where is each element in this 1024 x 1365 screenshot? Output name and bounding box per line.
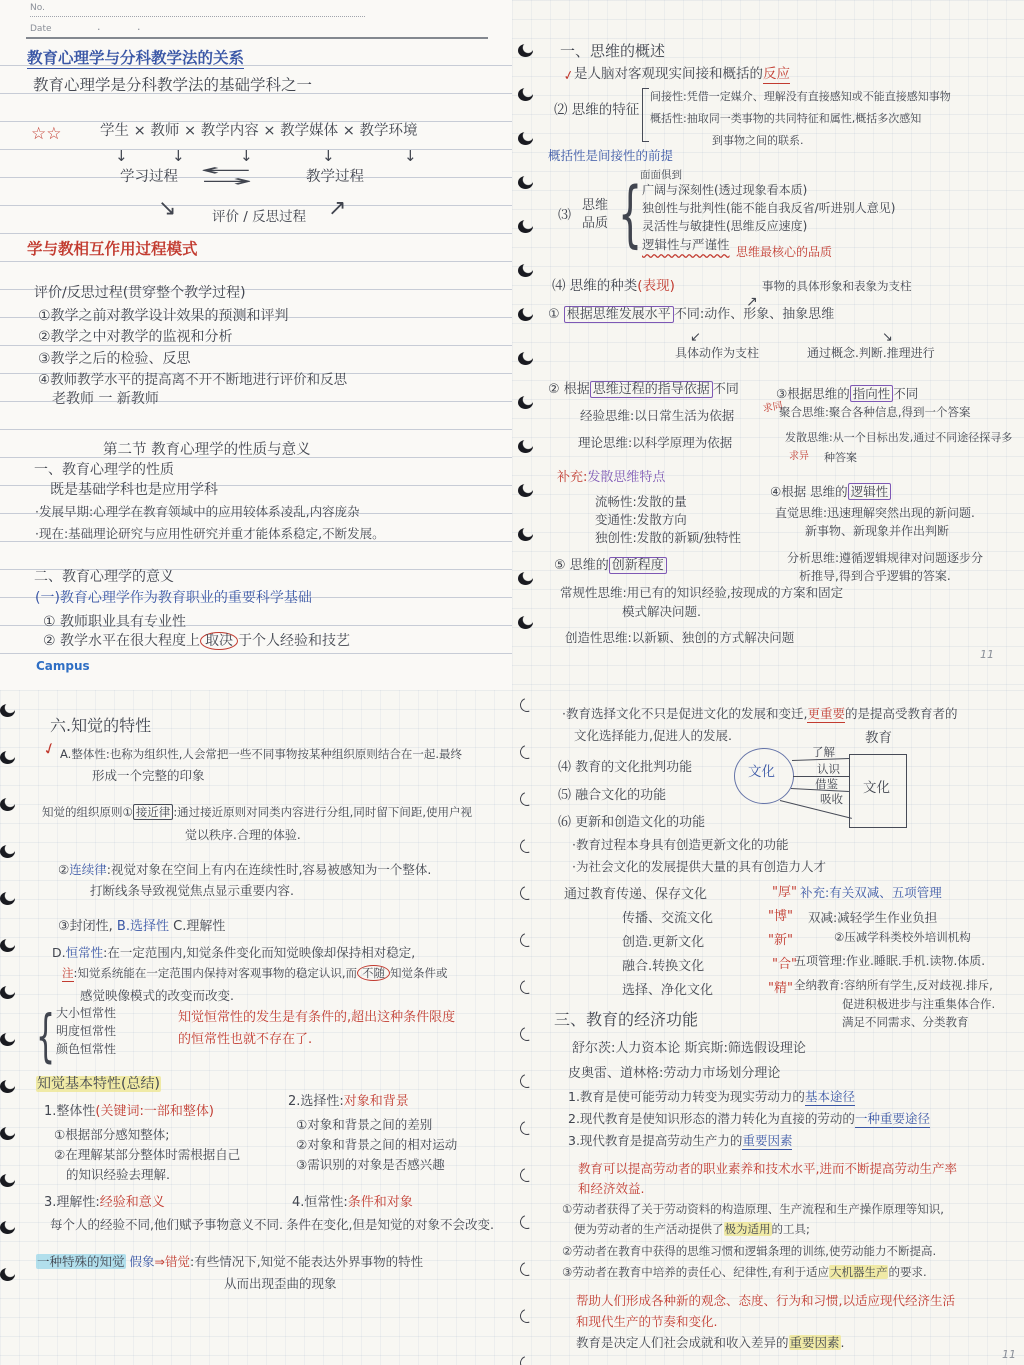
handwritten-text-segment: ⑹ 更新和创造文化的功能	[558, 815, 705, 830]
handwritten-text-segment: 创造.更新文化	[622, 935, 704, 950]
spiral-binding-hole	[518, 616, 533, 629]
handwritten-text-segment: 二、教育心理学的意义	[34, 569, 174, 585]
handwritten-line: 了解	[812, 746, 835, 760]
handwritten-text-segment: 错觉	[165, 1254, 190, 1269]
handwritten-text-segment: ·为社会文化的发展提供大量的具有创造力人才	[572, 859, 826, 874]
handwritten-text-segment: 的要求.	[888, 1265, 926, 1279]
handwritten-line: ·教育选择文化不只是促进文化的发展和变迁,更重要的是提高受教育者的	[562, 706, 957, 721]
handwritten-text-segment: 补充:有关双减、五项管理	[800, 885, 942, 900]
handwritten-line: 具体动作为支柱	[675, 346, 759, 360]
handwritten-line: 补充:发散思维特点	[557, 470, 665, 486]
handwritten-line: 条件在变化,但是知觉的对象不会改变.	[286, 1217, 494, 1232]
handwritten-line: 每个人的经验不同,他们赋予事物意义不同.	[50, 1217, 283, 1232]
handwritten-text-segment: 一、教育心理学的性质	[34, 462, 174, 478]
handwritten-line: 教学过程	[306, 169, 364, 186]
handwritten-text-segment: 发散思维特点	[587, 470, 665, 485]
handwritten-text-segment: :有些情况下,知觉不能表达外界事物的特性	[190, 1254, 423, 1269]
handwritten-text-segment: 皮奥雷、道林格:劳动力市场划分理论	[568, 1066, 780, 1081]
handwritten-line: 思维最核心的品质	[736, 245, 832, 259]
handwritten-text-segment: 分析思维:遵循逻辑规律对问题逐步分	[787, 551, 983, 565]
handwritten-text-segment: ·教育选择文化不只是促进文化的发展和变迁,	[562, 706, 807, 721]
handwritten-line: 直觉思维:迅速理解突然出现的新问题.	[775, 506, 975, 520]
handwritten-text-segment: 的工具;	[772, 1222, 810, 1236]
handwritten-line: 打断线条导致视觉焦点显示重要内容.	[90, 883, 294, 898]
handwritten-line: 注:知觉系统能在一定范围内保持对客观事物的稳定认识,而不随知觉条件或	[62, 967, 448, 981]
handwritten-text-segment: 吸收	[820, 792, 843, 806]
handwritten-line: 评价 / 反思过程	[212, 209, 306, 225]
handwritten-line: 一种特殊的知觉 假象⇒错觉:有些情况下,知觉不能表达外界事物的特性	[36, 1254, 423, 1269]
handwritten-line: Campus	[36, 659, 90, 673]
no-dotted-line	[30, 16, 365, 17]
handwritten-line: 创造性思维:以新颖、独创的方式解决问题	[565, 630, 794, 645]
notebook-page-top-right: 一、思维的概述✓是人脑对客观现实间接和概括的反应⑵ 思维的特征间接性:凭借一定媒…	[512, 0, 1024, 690]
handwritten-text-segment: ↗	[328, 196, 346, 221]
handwritten-text-segment: 逻辑性	[848, 483, 892, 500]
handwritten-line: 和经济效益.	[578, 1181, 644, 1196]
handwritten-text-segment: 评价/反思过程(贯穿整个教学过程)	[34, 285, 246, 301]
handwritten-text-segment: No.	[30, 3, 45, 13]
handwritten-line: ③根据思维的指向性不同	[776, 386, 918, 401]
handwritten-line: (一)教育心理学作为教育职业的重要科学基础	[35, 590, 312, 607]
handwritten-line: "新"	[768, 933, 793, 949]
handwritten-text-segment: 通过教育传递、保存文化	[564, 887, 707, 902]
handwritten-text-segment: (表现)	[637, 278, 675, 294]
handwritten-text-segment: 析推导,得到合乎逻辑的答案.	[799, 569, 951, 583]
handwritten-line: ①劳动者获得了关于劳动资料的构造原理、生产流程和生产操作原理等知识,	[562, 1203, 944, 1217]
handwritten-text-segment: 3.现代教育是提高劳动生产力的	[568, 1133, 742, 1148]
handwritten-text-segment: ↘	[882, 330, 893, 345]
handwritten-line: 经验思维:以日常生活为依据	[580, 408, 734, 423]
handwritten-line: 概括性是间接性的前提	[548, 148, 673, 163]
handwritten-text-segment: ⑶	[558, 208, 571, 223]
handwritten-text-segment: :通过接近原则对同类内容进行分组,同时留下间距,使用户视	[173, 805, 472, 819]
handwritten-line: 通过教育传递、保存文化	[564, 887, 707, 903]
handwritten-text-segment: ☆☆	[31, 124, 61, 144]
handwritten-line: →	[200, 172, 253, 190]
handwritten-text-segment: 文化	[863, 780, 890, 796]
handwritten-text-segment: ②在理解某部分整体时需根据自己	[54, 1147, 240, 1162]
spiral-binding-hole	[0, 1127, 15, 1140]
spiral-binding-hole	[518, 220, 533, 233]
handwritten-line: 知觉基本特性(总结)	[36, 1076, 161, 1093]
notebook-page-bottom-right: ·教育选择文化不只是促进文化的发展和变迁,更重要的是提高受教育者的文化选择能力,…	[512, 690, 1024, 1365]
handwritten-line: 2.现代教育是使知识形态的潜力转化为直接的劳动的一种重要途径	[568, 1111, 930, 1126]
handwritten-line: ②连续律:视觉对象在空间上有内在连续性时,容易被感知为一个整体.	[58, 862, 431, 877]
handwritten-text-segment: 知觉条件或	[390, 966, 448, 980]
handwritten-text-segment: 间接性:凭借一定媒介、理解没有直接感知或不能直接感知事物	[650, 90, 951, 103]
handwritten-line: 融合.转换文化	[622, 959, 704, 975]
handwritten-text-segment: 选择、净化文化	[622, 983, 713, 998]
handwritten-text-segment: 经验和意义	[100, 1195, 165, 1210]
handwritten-line: 教育	[865, 730, 892, 746]
handwritten-text-segment: 学与教相互作用过程模式	[27, 240, 198, 258]
handwritten-text-segment: 连续律	[69, 862, 107, 877]
handwritten-line: ⑷ 教育的文化批判功能	[558, 760, 692, 776]
handwritten-text-segment: ②压减学科类校外培训机构	[834, 930, 971, 944]
handwritten-text-segment: 到事物之间的联系.	[712, 134, 804, 147]
handwritten-text-segment: 明度恒常性	[56, 1024, 116, 1038]
handwritten-line: 3.现代教育是提高劳动生产力的重要因素	[568, 1133, 792, 1148]
handwritten-line: 析推导,得到合乎逻辑的答案.	[799, 569, 951, 583]
handwritten-text-segment: 的知识经验去理解.	[66, 1167, 170, 1182]
notes-scan-canvas: No.Date··教育心理学与分科教学法的关系教育心理学是分科教学法的基础学科之…	[0, 0, 1024, 1365]
handwritten-line: ①教学之前对教学设计效果的预测和评判	[38, 308, 289, 325]
handwritten-line: 11	[1002, 1348, 1016, 1361]
handwritten-text-segment: 品质	[582, 216, 608, 231]
handwritten-text-segment: 和现代生产的节奏和变化.	[576, 1314, 717, 1329]
handwritten-text-segment: 11	[980, 648, 994, 661]
handwritten-text-segment: 条件和对象	[348, 1195, 413, 1210]
handwritten-text-segment: ·教育过程本身具有创造更新文化的功能	[572, 837, 788, 852]
handwritten-text-segment: ③劳动者在教育中培养的责任心、纪律性,有利于适应	[562, 1265, 829, 1279]
handwritten-text-segment: ↓	[404, 147, 417, 165]
handwritten-text-segment: 帮助人们形成各种新的观念、态度、行为和习惯,以适应现代经济生活	[576, 1293, 955, 1308]
handwritten-text-segment: ② 根据	[548, 382, 590, 397]
handwritten-text-segment: ①教学之前对教学设计效果的预测和评判	[38, 308, 289, 324]
handwritten-line: 11	[980, 648, 994, 661]
handwritten-line: 聚合思维:聚合各种信息,得到一个答案	[779, 406, 971, 420]
handwritten-line: ·教育过程本身具有创造更新文化的功能	[572, 837, 788, 852]
handwritten-line: 逻辑性与严谨性	[642, 237, 730, 252]
handwritten-text-segment: 教育是决定人们社会成就和收入差异的	[576, 1335, 789, 1350]
handwritten-line: ↓	[404, 147, 417, 165]
handwritten-text-segment: 具体动作为支柱	[675, 346, 759, 360]
handwritten-line: 第二节 教育心理学的性质与意义	[103, 442, 311, 459]
handwritten-text-segment: 补充:	[557, 470, 587, 485]
handwritten-text-segment: ①劳动者获得了关于劳动资料的构造原理、生产流程和生产操作原理等知识,	[562, 1202, 944, 1216]
handwritten-line: 既是基础学科也是应用学科	[50, 482, 218, 499]
spiral-binding-hole	[518, 352, 533, 365]
handwritten-line: 种答案	[824, 451, 857, 464]
handwritten-line: 的恒常性也就不存在了.	[178, 1032, 312, 1048]
handwritten-line: ·现在:基础理论研究与应用性研究并重才能体系稳定,不断发展。	[35, 526, 385, 541]
spiral-binding-hole	[0, 1221, 15, 1234]
handwritten-text-segment: 事物的具体形象和表象为支柱	[762, 279, 912, 293]
handwritten-text-segment: .	[841, 1335, 845, 1350]
handwritten-text-segment: 思维过程的指导依据	[590, 381, 713, 398]
handwritten-line: ⑵ 思维的特征	[554, 102, 639, 118]
handwritten-line: ② 根据思维过程的指导依据不同	[548, 382, 739, 398]
handwritten-line: ③需识别的对象是否感兴趣	[296, 1157, 445, 1172]
handwritten-line: 双减:减轻学生作业负担	[808, 910, 937, 925]
handwritten-text-segment: 思维最核心的品质	[736, 245, 832, 259]
handwritten-line: ②在理解某部分整体时需根据自己	[54, 1147, 240, 1162]
handwritten-text-segment: 思维	[582, 198, 608, 213]
handwritten-text-segment: ②对象和背景之间的相对运动	[296, 1137, 457, 1152]
handwritten-text-segment: ·现在:基础理论研究与应用性研究并重才能体系稳定,不断发展。	[35, 526, 385, 541]
handwritten-text-segment: 求异	[789, 451, 809, 462]
handwritten-text-segment: {	[36, 1004, 55, 1071]
handwritten-line: 教育可以提高劳动者的职业素养和技术水平,进而不断提高劳动生产率	[578, 1161, 957, 1176]
handwritten-line: 知觉恒常性的发生是有条件的,超出这种条件限度	[178, 1010, 455, 1026]
handwritten-text-segment: 面面俱到	[640, 169, 682, 181]
handwritten-line: 皮奥雷、道林格:劳动力市场划分理论	[568, 1066, 780, 1082]
handwritten-line: 求异	[789, 451, 809, 463]
handwritten-text-segment: 通过概念.判断.推理进行	[807, 346, 935, 360]
handwritten-text-segment: 取决	[200, 632, 238, 650]
spiral-binding-hole	[0, 1268, 15, 1281]
handwritten-text-segment: 指向性	[850, 385, 894, 402]
handwritten-line: 间接性:凭借一定媒介、理解没有直接感知或不能直接感知事物	[650, 90, 951, 103]
handwritten-text-segment: 于个人经验和技艺	[238, 633, 350, 649]
handwritten-text-segment: ↓	[322, 147, 335, 165]
handwritten-text-segment: ②教学之中对教学的监视和分析	[38, 329, 233, 345]
spiral-binding-hole	[518, 440, 533, 453]
handwritten-text-segment: 新事物、新现象并作出判断	[805, 524, 949, 538]
handwritten-line: ①根据部分感知整体;	[54, 1127, 169, 1142]
handwritten-text-segment: 恒常性	[66, 945, 104, 960]
spiral-binding-hole	[518, 176, 533, 189]
handwritten-line: 灵活性与敏捷性(思维反应速度)	[642, 219, 807, 233]
handwritten-line: ② 教学水平在很大程度上取决于个人经验和技艺	[43, 633, 350, 650]
handwritten-line: 形成一个完整的印象	[92, 768, 205, 783]
handwritten-text-segment: 第二节 教育心理学的性质与意义	[103, 442, 311, 458]
handwritten-text-segment: ③教学之后的检验、反思	[38, 351, 191, 367]
handwritten-text-segment: 知觉的组织原则①	[42, 805, 133, 819]
handwritten-text-segment: 便为劳动者的生产活动提供了	[574, 1222, 724, 1236]
spiral-binding-hole	[518, 484, 533, 497]
handwritten-text-segment: Date	[30, 24, 52, 34]
handwritten-line: 大小恒常性	[56, 1006, 116, 1020]
handwritten-line: 三、教育的经济功能	[554, 1010, 698, 1029]
handwritten-text-segment: 文化	[748, 764, 775, 780]
handwritten-text-segment: 流畅性:发散的量	[595, 494, 687, 509]
handwritten-line: 明度恒常性	[56, 1024, 116, 1038]
handwritten-line: {	[36, 1004, 55, 1072]
spiral-binding-hole	[518, 264, 533, 277]
handwritten-text-segment: 注	[62, 966, 74, 982]
handwritten-text-segment: 教育心理学与分科教学法的关系	[27, 49, 244, 69]
handwritten-line: 概括性:抽取同一类事物的共同特征和属性,概括多次感知	[650, 112, 921, 125]
handwritten-text-segment: 重要因素	[742, 1133, 792, 1150]
handwritten-text-segment: (关键词:一部和整体)	[95, 1104, 214, 1119]
handwritten-text-segment: 模式解决问题.	[622, 604, 701, 619]
handwritten-line: 通过概念.判断.推理进行	[807, 346, 935, 360]
handwritten-text-segment: ⑤ 思维的	[554, 558, 609, 573]
handwritten-text-segment: 假象	[126, 1254, 155, 1269]
handwritten-text-segment: →	[200, 172, 253, 190]
handwritten-line: 面面俱到	[640, 169, 682, 182]
handwritten-text-segment: 聚合思维:聚合各种信息,得到一个答案	[779, 405, 971, 419]
spiral-binding-hole	[518, 132, 533, 145]
handwritten-text-segment: 教育	[865, 730, 892, 746]
handwritten-text-segment: 重要因素	[789, 1335, 841, 1350]
handwritten-line: ③劳动者在教育中培养的责任心、纪律性,有利于适应大机器生产的要求.	[562, 1266, 927, 1280]
handwritten-text-segment: "厚"	[772, 885, 797, 900]
handwritten-line: 文化	[748, 764, 775, 780]
spiral-binding-hole	[0, 892, 15, 905]
handwritten-line: ⑤ 思维的创新程度	[554, 558, 667, 574]
handwritten-line: 思维	[582, 198, 608, 214]
handwritten-text-segment: 基本途径	[805, 1089, 855, 1106]
handwritten-text-segment: 不随	[357, 965, 390, 981]
handwritten-text-segment: :视觉对象在空间上有内在连续性时,容易被感知为一个整体.	[107, 862, 432, 877]
handwritten-line: 促进积极进步与注重集体合作.	[842, 998, 995, 1012]
handwritten-text-segment: "精"	[768, 981, 793, 996]
handwritten-text-segment: 学习过程	[120, 169, 178, 185]
handwritten-line: 的知识经验去理解.	[66, 1167, 170, 1182]
handwritten-line: ☆☆	[31, 124, 61, 144]
handwritten-line: 从而出现歪曲的现象	[224, 1276, 337, 1291]
handwritten-line: 舒尔茨:人力资本论 斯宾斯:筛选假设理论	[572, 1041, 806, 1057]
handwritten-line: 认识	[817, 763, 840, 777]
handwritten-line: 吸收	[820, 793, 843, 807]
handwritten-line: 3.理解性:经验和意义	[44, 1195, 165, 1211]
handwritten-text-segment: 既是基础学科也是应用学科	[50, 482, 218, 498]
handwritten-line: 文化选择能力,促进人的发展.	[574, 728, 732, 743]
handwritten-text-segment: 促进积极进步与注重集体合作.	[842, 997, 995, 1011]
handwritten-text-segment: 种答案	[824, 451, 857, 464]
handwritten-text-segment: 更重要	[807, 706, 845, 723]
handwritten-text-segment: 对象和背景	[344, 1094, 409, 1109]
handwritten-text-segment: 五项管理:作业.睡眠.手机.读物.体质.	[794, 954, 985, 968]
handwritten-line: 选择、净化文化	[622, 983, 713, 999]
handwritten-line: 到事物之间的联系.	[712, 134, 804, 147]
handwritten-text-segment: 常规性思维:用已有的知识经验,按现成的方案和固定	[560, 585, 843, 600]
handwritten-line: 满足不同需求、分类教育	[842, 1016, 969, 1030]
handwritten-text-segment: 3.理解性:	[44, 1195, 100, 1210]
handwritten-text-segment: 是人脑对客观现实间接和概括的	[574, 66, 763, 82]
handwritten-text-segment: 认识	[817, 762, 840, 776]
spiral-binding-hole	[518, 396, 533, 409]
handwritten-line: 2.选择性:对象和背景	[288, 1094, 409, 1110]
handwritten-line: ⑷ 思维的种类(表现)	[552, 278, 675, 294]
handwritten-line: 评价/反思过程(贯穿整个教学过程)	[34, 285, 246, 302]
handwritten-text-segment: 教育心理学是分科教学法的基础学科之一	[33, 76, 312, 94]
handwritten-text-segment: 不同	[713, 382, 739, 397]
handwritten-text-segment: 4.恒常性:	[292, 1195, 348, 1210]
handwritten-line: ① 根据思维发展水平不同:动作、形象、抽象思维	[548, 307, 834, 323]
handwritten-text-segment: 直觉思维:迅速理解突然出现的新问题.	[775, 506, 975, 520]
handwritten-text-segment: 借鉴	[815, 777, 838, 791]
handwritten-text-segment: 条件在变化,但是知觉的对象不会改变.	[286, 1217, 494, 1232]
handwritten-line: D.恒常性:在一定范围内,知觉条件变化而知觉映像却保持相对稳定,	[52, 945, 415, 960]
handwritten-line: 常规性思维:用已有的知识经验,按现成的方案和固定	[560, 585, 843, 600]
handwritten-text-segment: D.	[52, 945, 66, 960]
handwritten-text-segment: "新"	[768, 933, 793, 948]
handwritten-text-segment: 一、思维的概述	[560, 42, 665, 60]
handwritten-text-segment: 创新程度	[609, 557, 667, 574]
handwritten-line: 新事物、新现象并作出判断	[805, 524, 949, 538]
handwritten-line: ②对象和背景之间的相对运动	[296, 1137, 457, 1152]
handwritten-text-segment: 文化选择能力,促进人的发展.	[574, 728, 732, 743]
handwritten-line: 是人脑对客观现实间接和概括的反应	[574, 66, 790, 82]
handwritten-text-segment: ⑸ 融合文化的功能	[558, 788, 666, 803]
handwritten-line: ↓	[172, 147, 185, 165]
spiral-binding-hole	[0, 1174, 15, 1187]
handwritten-line: 便为劳动者的生产活动提供了极为适用的工具;	[574, 1223, 810, 1237]
handwritten-line: ① 教师职业具有专业性	[43, 614, 186, 631]
handwritten-text-segment: 经验思维:以日常生活为依据	[580, 408, 734, 423]
spiral-binding-hole	[0, 845, 15, 858]
handwritten-text-segment: ·	[97, 23, 101, 36]
handwritten-line: 文化	[863, 780, 890, 796]
handwritten-line: 独创性与批判性(能不能自我反省/听进别人意见)	[642, 201, 895, 215]
handwritten-line: "厚"	[772, 885, 797, 901]
spiral-binding-hole	[0, 986, 15, 999]
handwritten-line: ·	[97, 23, 101, 36]
handwritten-text-segment: 接近律	[133, 804, 174, 820]
handwritten-line: 流畅性:发散的量	[595, 494, 687, 509]
spiral-binding-hole	[0, 1080, 15, 1093]
handwritten-text-segment: 1.整体性	[44, 1104, 95, 1119]
handwritten-line: 帮助人们形成各种新的观念、态度、行为和习惯,以适应现代经济生活	[576, 1293, 955, 1308]
handwritten-text-segment: 理论思维:以科学原理为依据	[578, 435, 732, 450]
handwritten-text-segment: 学生 × 教师 × 教学内容 × 教学媒体 × 教学环境	[100, 123, 417, 139]
handwritten-line: 补充:有关双减、五项管理	[800, 885, 942, 900]
handwritten-line: 知觉的组织原则①接近律:通过接近原则对同类内容进行分组,同时留下间距,使用户视	[42, 806, 472, 820]
handwritten-text-segment: 2.现代教育是使知识形态的潜力转化为直接的劳动的	[568, 1111, 855, 1126]
handwritten-text-segment: :在一定范围内,知觉条件变化而知觉映像却保持相对稳定,	[103, 945, 415, 960]
handwritten-text-segment: ⇒	[155, 1254, 165, 1269]
handwritten-line: 1.教育是使可能劳动力转变为现实劳动力的基本途径	[568, 1089, 855, 1104]
handwritten-text-segment: 独创性:发散的新颖/独特性	[595, 530, 741, 545]
handwritten-line: 发散思维:从一个目标出发,通过不同途径探寻多	[785, 431, 1012, 444]
handwritten-text-segment: ↘	[158, 196, 176, 221]
handwritten-text-segment: ③封闭性,	[58, 919, 117, 934]
spiral-binding-hole	[518, 528, 533, 541]
handwritten-text-segment: 不同	[893, 386, 918, 401]
handwritten-text-segment: C.理解性	[169, 919, 225, 934]
handwritten-text-segment: ·	[137, 23, 141, 36]
handwritten-text-segment: 满足不同需求、分类教育	[842, 1015, 969, 1029]
handwritten-text-segment: 灵活性与敏捷性(思维反应速度)	[642, 219, 807, 233]
handwritten-text-segment: 颜色恒常性	[56, 1042, 116, 1056]
spiral-binding-hole	[518, 44, 533, 57]
handwritten-text-segment: ↙	[690, 330, 701, 345]
handwritten-text-segment: 传播、交流文化	[622, 911, 713, 926]
handwritten-text-segment: 评价 / 反思过程	[212, 209, 306, 225]
handwritten-text-segment: 感觉映像模式的改变而改变.	[80, 988, 234, 1003]
handwritten-line: 广阔与深刻性(透过现象看本质)	[642, 183, 807, 197]
handwritten-text-segment: ⑷ 思维的种类	[552, 278, 637, 294]
handwritten-line: ②劳动者在教育中获得的思维习惯和逻辑条理的训练,使劳动能力不断提高.	[562, 1245, 936, 1259]
handwritten-line: A.整体性:也称为组织性,人会常把一些不同事物按某种组织原则结合在一起.最终	[60, 748, 462, 762]
handwritten-line: ·为社会文化的发展提供大量的具有创造力人才	[572, 859, 826, 874]
handwritten-text-segment: 大机器生产	[829, 1265, 889, 1279]
handwritten-text-segment: 大小恒常性	[56, 1006, 116, 1020]
handwritten-text-segment: 不同:动作、形象、抽象思维	[674, 307, 834, 322]
handwritten-line: 独创性:发散的新颖/独特性	[595, 530, 741, 545]
handwritten-text-segment: 老教师 一 新教师	[52, 391, 159, 407]
handwritten-text-segment: Campus	[36, 659, 90, 673]
handwritten-text-segment: ④教师教学水平的提高离不开不断地进行评价和反思	[38, 372, 347, 388]
handwritten-text-segment: 广阔与深刻性(透过现象看本质)	[642, 183, 807, 197]
handwritten-line: 五项管理:作业.睡眠.手机.读物.体质.	[794, 954, 985, 968]
handwritten-text-segment: B.选择性	[117, 919, 169, 934]
handwritten-text-segment: 舒尔茨:人力资本论 斯宾斯:筛选假设理论	[572, 1041, 806, 1056]
handwritten-line: 六.知觉的特性	[50, 716, 151, 735]
handwritten-text-segment: ⑵ 思维的特征	[554, 102, 639, 118]
handwritten-text-segment: 反应	[763, 66, 790, 84]
handwritten-line: "精"	[768, 981, 793, 997]
handwritten-line: ②教学之中对教学的监视和分析	[38, 329, 233, 346]
handwritten-text-segment: ① 教师职业具有专业性	[43, 614, 186, 630]
handwritten-text-segment: 从而出现歪曲的现象	[224, 1276, 337, 1291]
handwritten-line: 借鉴	[815, 778, 838, 792]
handwritten-line: 和现代生产的节奏和变化.	[576, 1314, 717, 1329]
handwritten-text-segment: 六.知觉的特性	[50, 716, 151, 735]
spiral-binding-hole	[518, 308, 533, 321]
handwritten-line: ↗	[328, 196, 346, 222]
handwritten-line: 理论思维:以科学原理为依据	[578, 435, 732, 450]
handwritten-text-segment: ·发展早期:心理学在教育领域中的应用较体系凌乱,内容庞杂	[35, 504, 360, 519]
handwritten-text-segment: "博"	[768, 909, 793, 924]
handwritten-line: ·	[137, 23, 141, 36]
handwritten-line: 事物的具体形象和表象为支柱	[762, 280, 912, 294]
handwritten-line: 一、教育心理学的性质	[34, 462, 174, 479]
handwritten-line: 颜色恒常性	[56, 1042, 116, 1056]
